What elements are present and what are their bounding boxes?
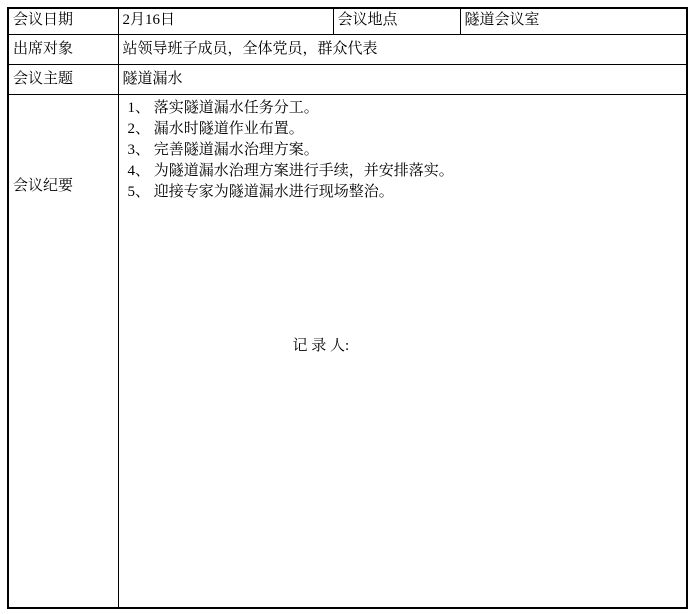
- table-row: 会议主题 隧道漏水: [8, 64, 687, 94]
- table-row: 会议纪要 1、 落实隧道漏水任务分工。 2、 漏水时隧道作业布置。 3、 完善隧…: [8, 94, 687, 608]
- meeting-minutes-table: 会议日期 2月16日 会议地点 隧道会议室 出席对象 站领导班子成员，全体党员，…: [7, 7, 688, 609]
- minutes-content-cell: 1、 落实隧道漏水任务分工。 2、 漏水时隧道作业布置。 3、 完善隧道漏水治理…: [118, 94, 687, 608]
- minutes-item: 3、 完善隧道漏水治理方案。: [123, 140, 683, 161]
- recorder-label: 记 录 人:: [293, 336, 683, 357]
- topic-label-cell: 会议主题: [8, 64, 118, 94]
- attendees-label-cell: 出席对象: [8, 34, 118, 64]
- minutes-item: 5、 迎接专家为隧道漏水进行现场整治。: [123, 182, 683, 203]
- minutes-list: 1、 落实隧道漏水任务分工。 2、 漏水时隧道作业布置。 3、 完善隧道漏水治理…: [123, 98, 683, 203]
- minutes-item: 4、 为隧道漏水治理方案进行手续，并安排落实。: [123, 161, 683, 182]
- table-row: 出席对象 站领导班子成员，全体党员，群众代表: [8, 34, 687, 64]
- minutes-item: 2、 漏水时隧道作业布置。: [123, 119, 683, 140]
- minutes-item: 1、 落实隧道漏水任务分工。: [123, 98, 683, 119]
- meeting-date-value-cell: 2月16日: [118, 8, 333, 34]
- meeting-location-value-cell: 隧道会议室: [460, 8, 687, 34]
- topic-value-cell: 隧道漏水: [118, 64, 687, 94]
- meeting-date-label-cell: 会议日期: [8, 8, 118, 34]
- table-row: 会议日期 2月16日 会议地点 隧道会议室: [8, 8, 687, 34]
- meeting-location-label-cell: 会议地点: [333, 8, 460, 34]
- attendees-value-cell: 站领导班子成员，全体党员，群众代表: [118, 34, 687, 64]
- minutes-label-cell: 会议纪要: [8, 94, 118, 608]
